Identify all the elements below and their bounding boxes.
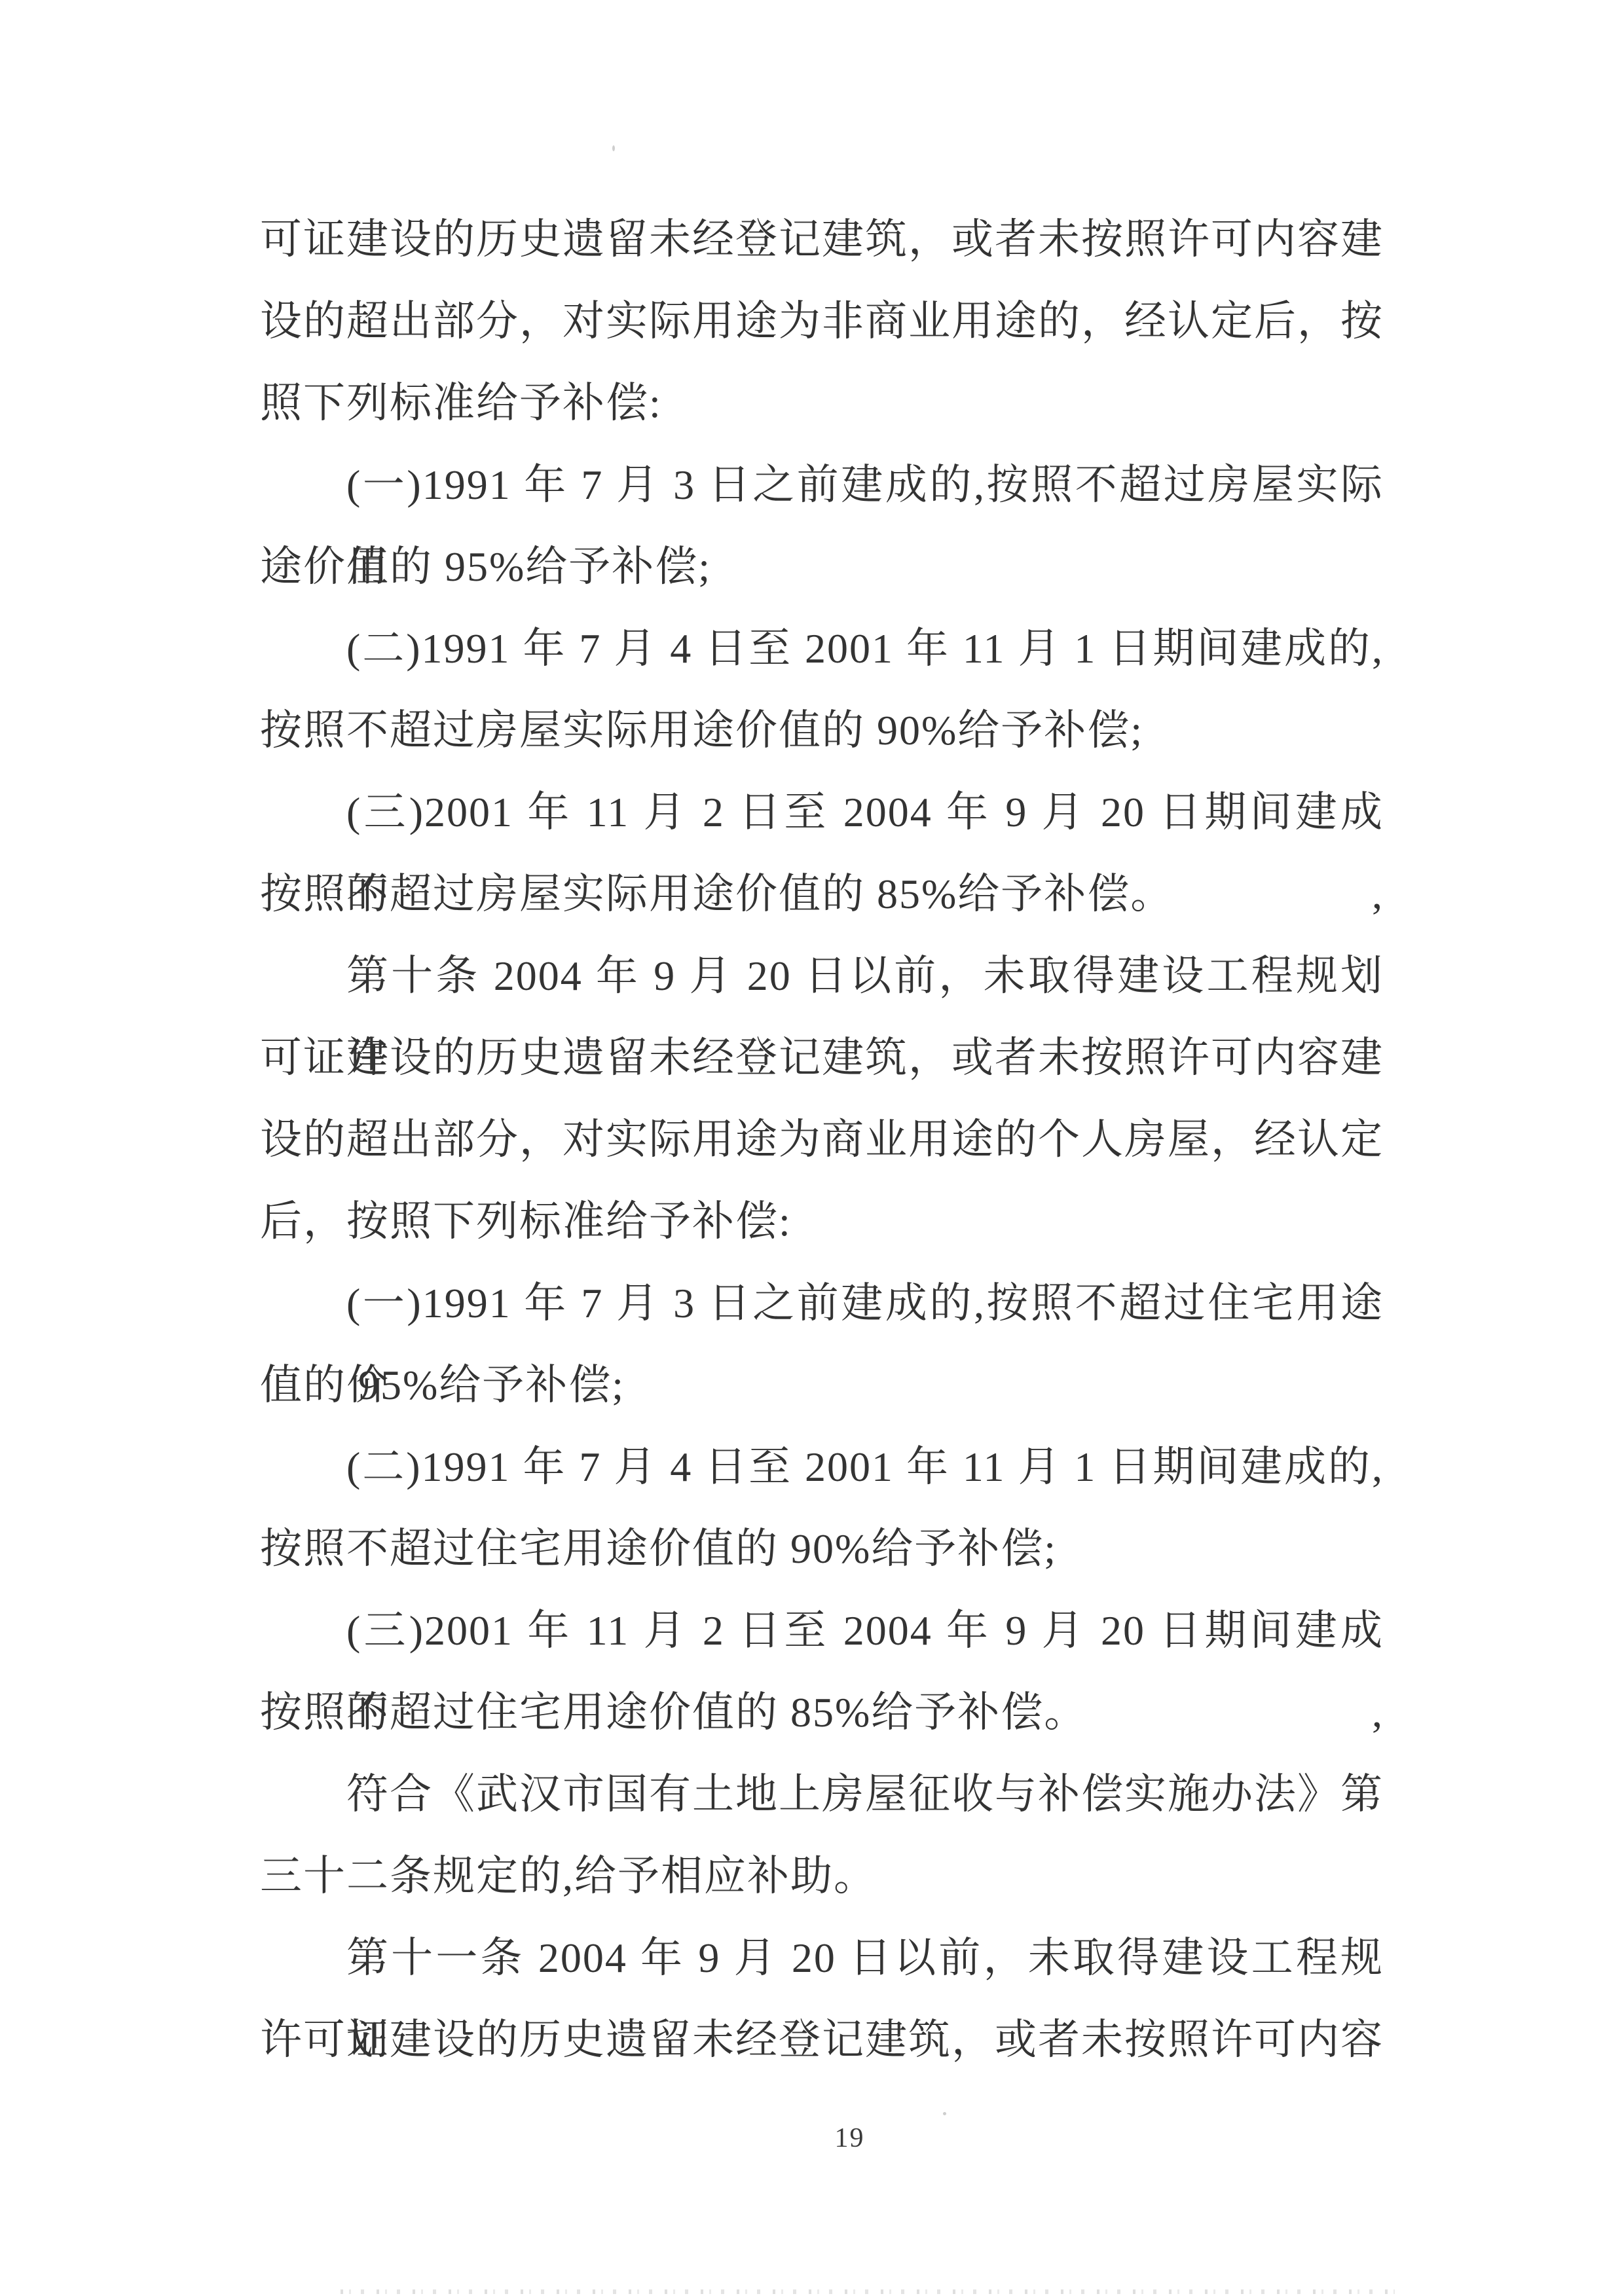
scan-speck	[612, 145, 615, 151]
document-page: 可证建设的历史遗留未经登记建筑，或者未按照许可内容建 设的超出部分，对实际用途为…	[0, 0, 1624, 2296]
page-number: 19	[0, 2123, 1624, 2154]
document-text: 可证建设的历史遗留未经登记建筑，或者未按照许可内容建 设的超出部分，对实际用途为…	[260, 198, 1384, 2081]
text-line: 设的超出部分，对实际用途为非商业用途的，经认定后，按	[260, 280, 1384, 362]
text-line: 后，按照下列标准给予补偿:	[260, 1180, 1384, 1262]
text-line: 许可证建设的历史遗留未经登记建筑，或者未按照许可内容	[260, 1999, 1384, 2081]
scan-speck	[943, 2112, 946, 2115]
text-line: (一)1991 年 7 月 3 日之前建成的,按照不超过房屋实际用	[260, 444, 1384, 526]
text-line: 按照不超过住宅用途价值的 90%给予补偿;	[260, 1508, 1384, 1590]
text-line: 第十条 2004 年 9 月 20 日以前，未取得建设工程规划许	[260, 935, 1384, 1017]
text-line: (二)1991 年 7 月 4 日至 2001 年 11 月 1 日期间建成的,	[260, 1426, 1384, 1508]
page-bottom-scan-artifact	[341, 2289, 1395, 2294]
text-line: 第十一条 2004 年 9 月 20 日以前，未取得建设工程规划	[260, 1917, 1384, 1999]
text-line: (一)1991 年 7 月 3 日之前建成的,按照不超过住宅用途价	[260, 1262, 1384, 1344]
text-line: (三)2001 年 11 月 2 日至 2004 年 9 月 20 日期间建成的…	[260, 1590, 1384, 1671]
text-line: 途价值的 95%给予补偿;	[260, 526, 1384, 608]
text-line: 可证建设的历史遗留未经登记建筑，或者未按照许可内容建	[260, 198, 1384, 280]
text-line: 按照不超过房屋实际用途价值的 90%给予补偿;	[260, 689, 1384, 771]
text-line: 设的超出部分，对实际用途为商业用途的个人房屋，经认定	[260, 1099, 1384, 1180]
text-line: 值的 95%给予补偿;	[260, 1344, 1384, 1426]
text-line: (二)1991 年 7 月 4 日至 2001 年 11 月 1 日期间建成的,	[260, 608, 1384, 689]
text-line: 三十二条规定的,给予相应补助。	[260, 1835, 1384, 1917]
text-line: 符合《武汉市国有土地上房屋征收与补偿实施办法》第	[260, 1753, 1384, 1835]
text-line: 照下列标准给予补偿:	[260, 362, 1384, 444]
text-line: (三)2001 年 11 月 2 日至 2004 年 9 月 20 日期间建成的…	[260, 771, 1384, 853]
text-line: 可证建设的历史遗留未经登记建筑，或者未按照许可内容建	[260, 1017, 1384, 1099]
